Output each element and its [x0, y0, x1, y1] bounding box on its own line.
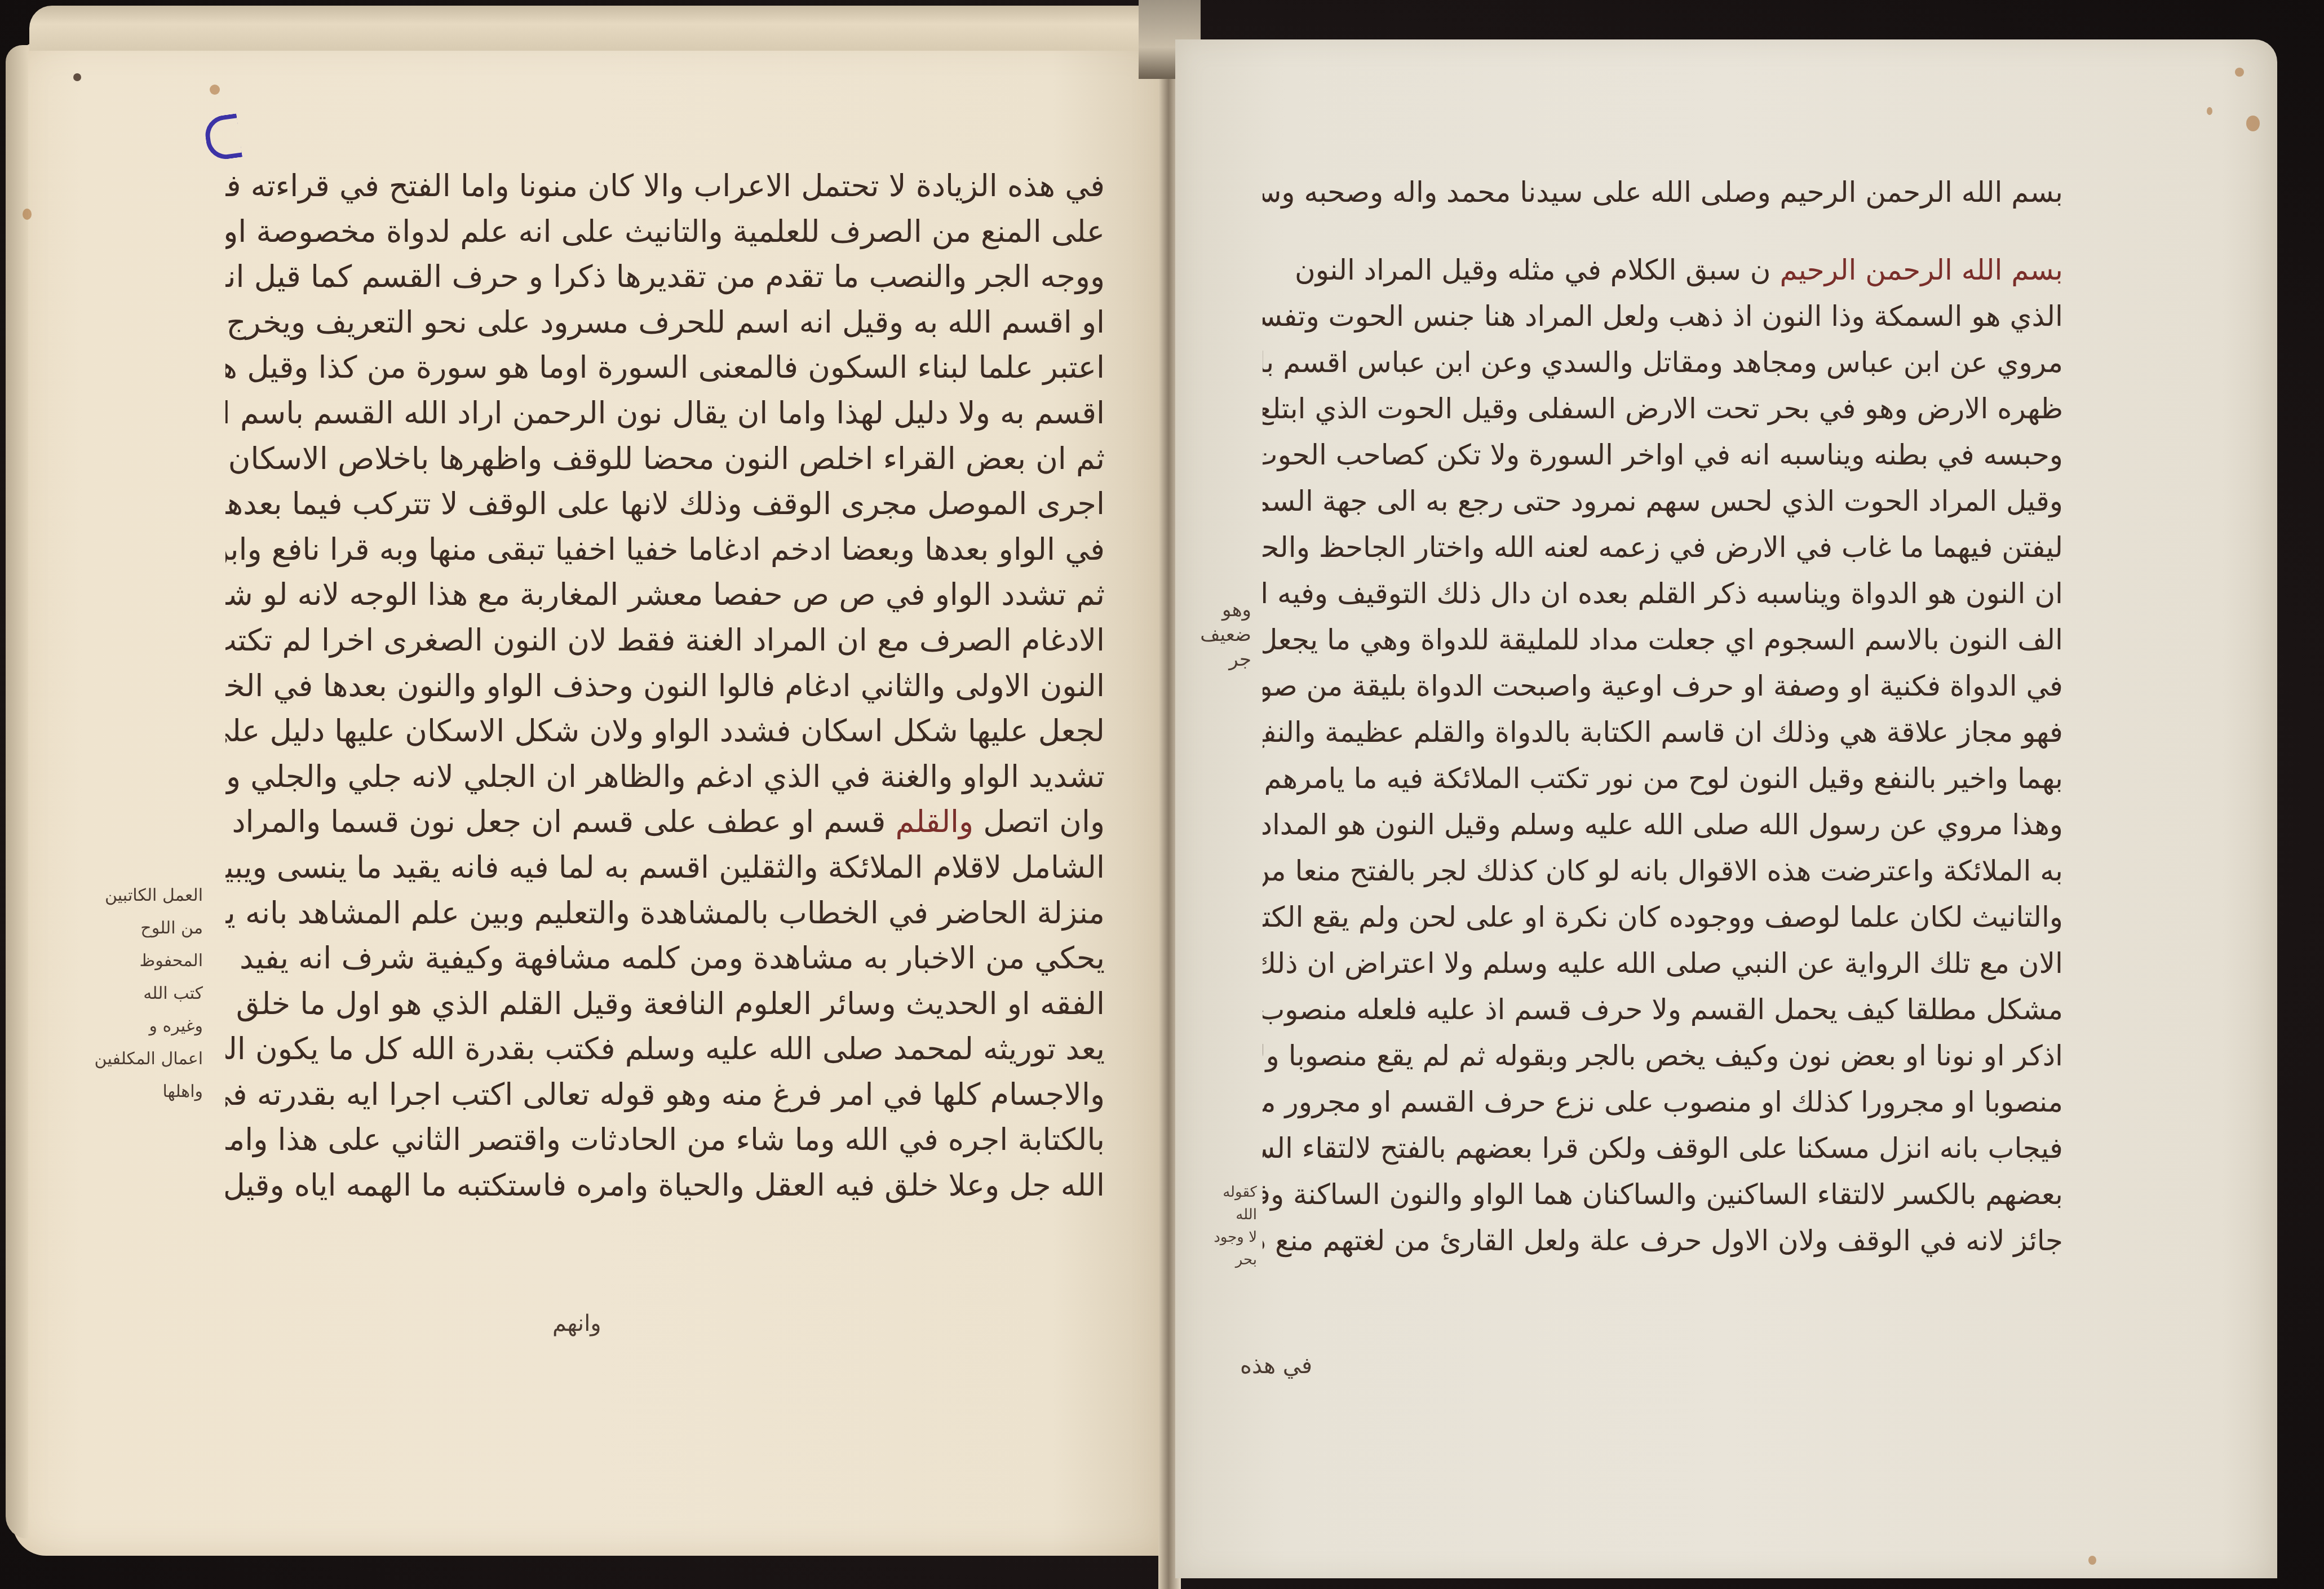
margin-note-line: اعمال المكلفين	[73, 1043, 203, 1075]
text-line: بهما واخير بالنفع وقيل النون لوح من نور …	[1263, 755, 2063, 802]
margin-note-line: العمل الكاتبين	[73, 879, 203, 912]
text-line: فهو مجاز علاقة هي وذلك ان قاسم الكتابة ب…	[1263, 709, 2063, 755]
margin-note-line: واهلها	[73, 1075, 203, 1108]
text-line: الشامل لاقلام الملائكة والثقلين اقسم به …	[225, 845, 1105, 891]
margin-note-line: الله	[1189, 1203, 1257, 1226]
text-span: ن سبق الكلام في مثله وقيل المراد النون	[1295, 254, 1771, 286]
text-line: اقسم به ولا دليل لهذا واما ان يقال نون ا…	[225, 391, 1105, 436]
margin-note-line: كقوله	[1189, 1181, 1257, 1203]
text-line-with-rubric: بسم الله الرحمن الرحيم ن سبق الكلام في م…	[1263, 247, 2063, 293]
foxing-spot	[2088, 1556, 2096, 1565]
margin-note-line: جر	[1184, 647, 1251, 672]
basmala-heading: بسم الله الرحمن الرحيم وصلى الله على سيد…	[1263, 169, 2063, 215]
margin-note-line: وغيره و	[73, 1010, 203, 1043]
catchword: وانهم	[552, 1311, 601, 1336]
margin-note-line: ضعيف	[1184, 622, 1251, 647]
page-stack-top-edge	[29, 6, 1157, 51]
text-line: جائز لانه في الوقف ولان الاول حرف علة ول…	[1263, 1218, 2063, 1264]
text-line-with-rubric: وان اتصل والقلم قسم او عطف على قسم ان جع…	[225, 799, 1105, 845]
text-line: في الدواة فكنية او وصفة او حرف اوعية واص…	[1263, 663, 2063, 709]
text-line: لجعل عليها شكل اسكان فشدد الواو ولان شكل…	[225, 709, 1105, 754]
margin-note-line: من اللوح	[73, 912, 203, 945]
text-line: ان النون هو الدواة ويناسبه ذكر القلم بعد…	[1263, 570, 2063, 617]
text-line: والاجسام كلها في امر فرغ منه وهو قوله تع…	[225, 1072, 1105, 1118]
text-line: او اقسم الله به وقيل انه اسم للحرف مسرود…	[225, 300, 1105, 346]
text-line: اجرى الموصل مجرى الوقف وذلك لانها على ال…	[225, 481, 1105, 527]
text-line: الفقه او الحديث وسائر العلوم النافعة وقي…	[225, 981, 1105, 1027]
foxing-spot	[23, 209, 32, 220]
margin-note-line: المحفوظ	[73, 945, 203, 977]
text-line: وهذا مروي عن رسول الله صلى الله عليه وسل…	[1263, 802, 2063, 848]
margin-note-line: وهو	[1184, 597, 1251, 622]
margin-note-line: بحر	[1189, 1249, 1257, 1271]
text-line: وحبسه في بطنه ويناسبه انه في اواخر السور…	[1263, 432, 2063, 478]
text-line: الله جل وعلا خلق فيه العقل والحياة وامره…	[225, 1163, 1105, 1209]
rubric-basmala: بسم الله الرحمن الرحيم	[1779, 254, 2063, 286]
foxing-spot	[2246, 116, 2260, 131]
foxing-spot	[210, 85, 220, 95]
text-line: وقيل المراد الحوت الذي لحس سهم نمرود حتى…	[1263, 478, 2063, 524]
catchword: في هذه	[1240, 1353, 1312, 1379]
text-line: مشكل مطلقا كيف يحمل القسم ولا حرف قسم اذ…	[1263, 986, 2063, 1033]
text-line: في الواو بعدها وبعضا ادخم ادغاما خفيا اخ…	[225, 527, 1105, 573]
margin-note-line: كتب الله	[73, 977, 203, 1010]
text-line: بعضهم بالكسر لالتقاء الساكنين والساكنان …	[1263, 1171, 2063, 1218]
text-line: منزلة الحاضر في الخطاب بالمشاهدة والتعلي…	[225, 891, 1105, 936]
text-line: تشديد الواو والغنة في الذي ادغم والظاهر …	[225, 754, 1105, 800]
text-line: في هذه الزيادة لا تحتمل الاعراب والا كان…	[225, 163, 1105, 209]
foxing-spot	[2235, 68, 2244, 77]
text-line: ثم ان بعض القراء اخلص النون محضا للوقف و…	[225, 436, 1105, 482]
text-line: والتانيث لكان علما لوصف ووجوده كان نكرة …	[1263, 894, 2063, 940]
text-line: به الملائكة واعترضت هذه الاقوال بانه لو …	[1263, 848, 2063, 894]
left-page-text-block: في هذه الزيادة لا تحتمل الاعراب والا كان…	[225, 163, 1105, 1209]
text-line: النون الاولى والثاني ادغام فالوا النون و…	[225, 663, 1105, 709]
text-line: ظهره الارض وهو في بحر تحت الارض السفلى و…	[1263, 386, 2063, 432]
margin-note-right-upper: وهو ضعيف جر	[1184, 597, 1251, 672]
text-line: بالكتابة اجره في الله وما شاء من الحادثا…	[225, 1117, 1105, 1163]
page-stack-side-edge	[6, 45, 28, 1539]
text-line: اعتبر علما لبناء السكون فالمعنى السورة ا…	[225, 345, 1105, 391]
text-line: على المنع من الصرف للعلمية والتانيث على …	[225, 209, 1105, 255]
text-line: ليفتن فيهما ما غاب في الارض في زعمه لعنه…	[1263, 524, 2063, 570]
text-line: ووجه الجر والنصب ما تقدم من تقديرها ذكرا…	[225, 254, 1105, 300]
text-line: يحكي من الاخبار به مشاهدة ومن كلمه مشافه…	[225, 936, 1105, 981]
foxing-spot	[2207, 107, 2212, 115]
text-line: الف النون بالاسم السجوم اي جعلت مداد للم…	[1263, 617, 2063, 663]
text-line: ثم تشدد الواو في ص ص حفصا معشر المغاربة …	[225, 572, 1105, 618]
text-line: الادغام الصرف مع ان المراد الغنة فقط لان…	[225, 618, 1105, 663]
text-line: فيجاب بانه انزل مسكنا على الوقف ولكن قرا…	[1263, 1125, 2063, 1171]
rubric-word: والقلم	[896, 804, 974, 839]
text-line: منصوبا او مجرورا كذلك او منصوب على نزع ح…	[1263, 1079, 2063, 1125]
text-line: اذكر او نونا او بعض نون وكيف يخص بالجر و…	[1263, 1033, 2063, 1079]
margin-note-left: العمل الكاتبين من اللوح المحفوظ كتب الله…	[73, 879, 203, 1108]
margin-note-line: لا وجود	[1189, 1226, 1257, 1249]
text-line: يعد توريثه لمحمد صلى الله عليه وسلم فكتب…	[225, 1026, 1105, 1072]
text-line: مروي عن ابن عباس ومجاهد ومقاتل والسدي وع…	[1263, 339, 2063, 386]
text-line: الان مع تلك الرواية عن النبي صلى الله عل…	[1263, 940, 2063, 986]
margin-note-right-lower: كقوله الله لا وجود بحر	[1189, 1181, 1257, 1271]
foxing-spot	[73, 73, 81, 81]
right-page-text-block: بسم الله الرحمن الرحيم وصلى الله على سيد…	[1263, 169, 2063, 1264]
text-line: الذي هو السمكة وذا النون اذ ذهب ولعل الم…	[1263, 293, 2063, 339]
